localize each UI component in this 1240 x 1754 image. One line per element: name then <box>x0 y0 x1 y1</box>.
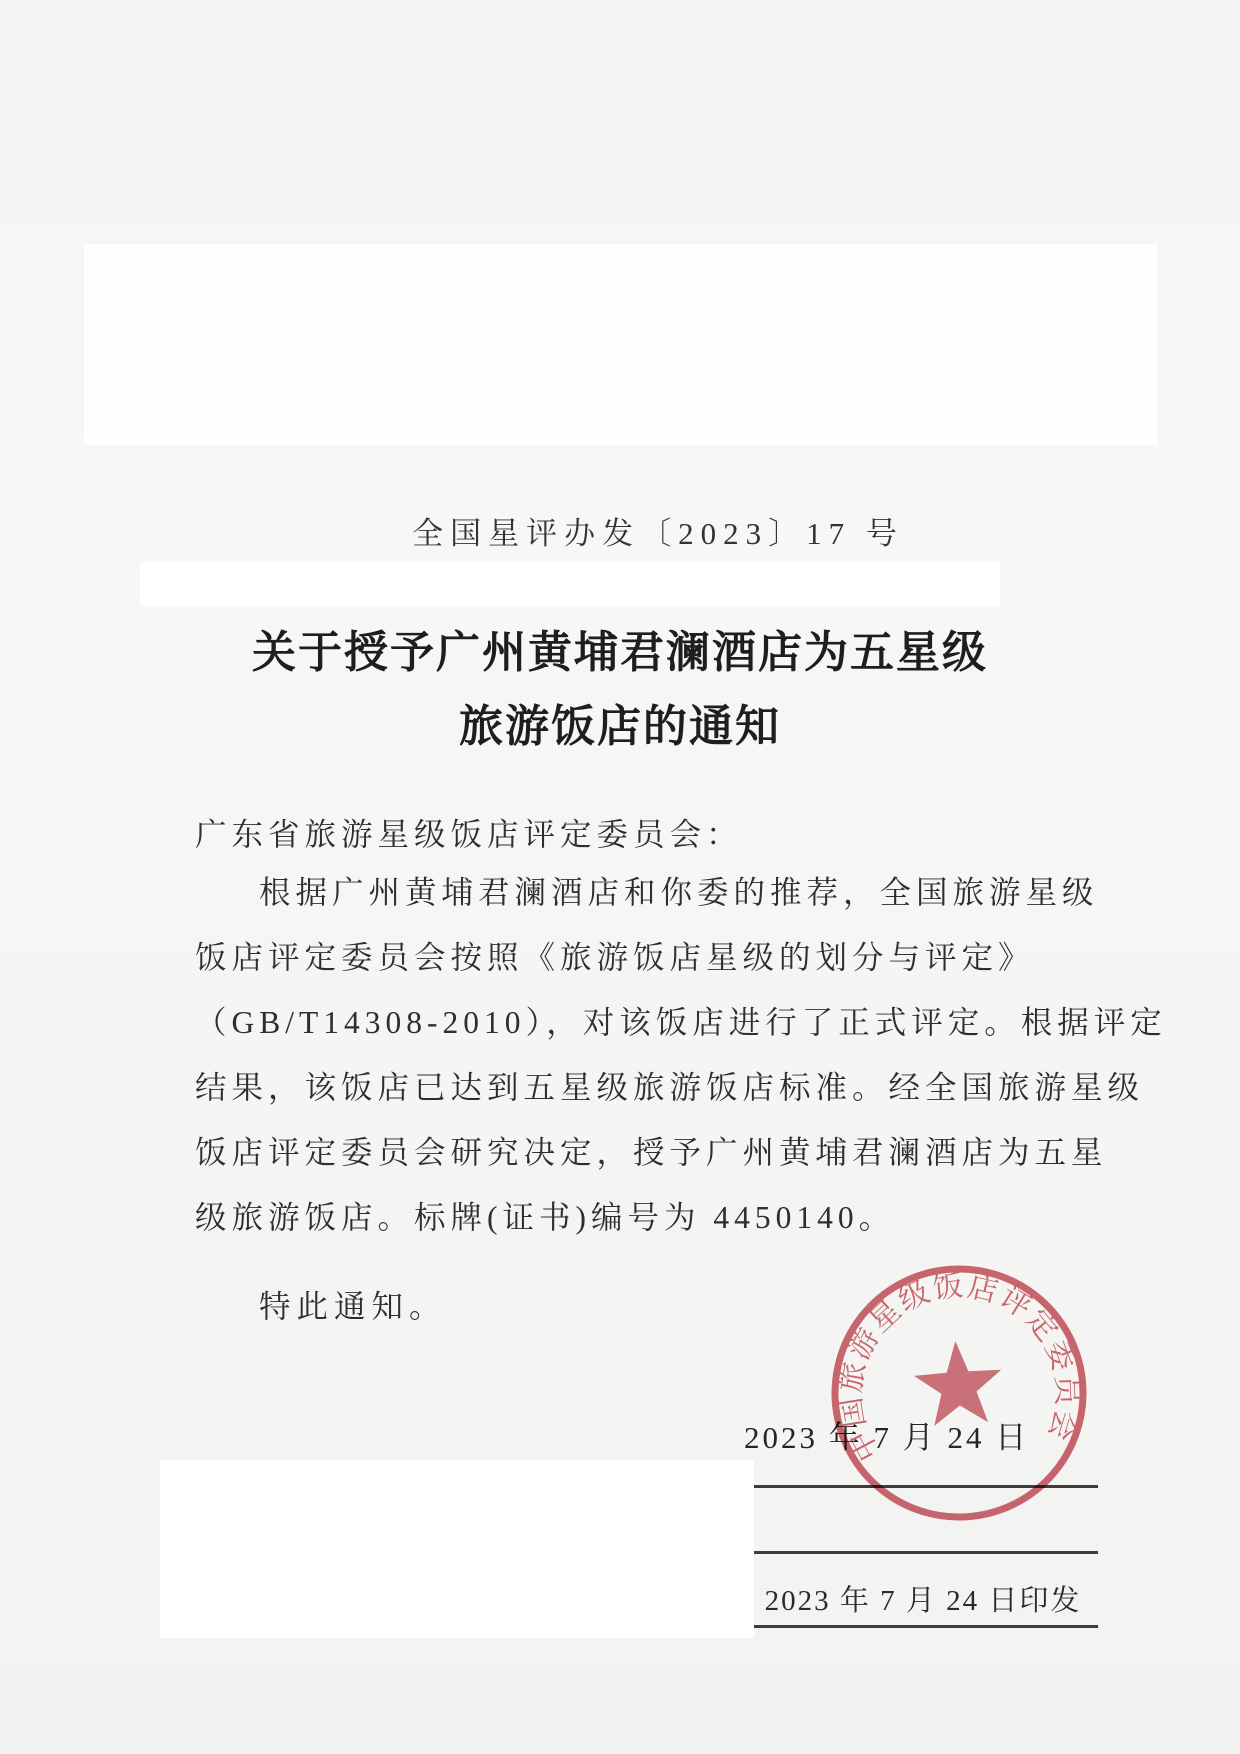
body-line: 饭店评定委员会按照《旅游饭店星级的划分与评定》 <box>195 925 1067 990</box>
star-icon <box>912 1338 1005 1427</box>
official-seal-stamp: 中国旅游星级饭店评定委员会 <box>819 1253 1099 1533</box>
body-line: 饭店评定委员会研究决定，授予广州黄埔君澜酒店为五星 <box>195 1120 1067 1185</box>
print-date: 2023 年 7 月 24 日印发 <box>748 1578 1098 1619</box>
closing-line: 特此通知。 <box>259 1282 447 1327</box>
record-block-divider-bottom <box>748 1625 1098 1628</box>
body-line: 结果，该饭店已达到五星级旅游饭店标准。经全国旅游星级 <box>195 1055 1067 1120</box>
redacted-letterhead-box <box>84 244 1158 445</box>
body-line: 级旅游饭店。标牌(证书)编号为 4450140。 <box>195 1185 1067 1250</box>
body-line: （GB/T14308-2010），对该饭店进行了正式评定。根据评定 <box>195 990 1067 1055</box>
body-lines: 根据广州黄埔君澜酒店和你委的推荐，全国旅游星级饭店评定委员会按照《旅游饭店星级的… <box>195 860 1067 1250</box>
document-title: 关于授予广州黄埔君澜酒店为五星级 旅游饭店的通知 <box>0 616 1240 764</box>
record-block-divider-middle <box>748 1551 1098 1554</box>
redacted-distribution-box <box>160 1460 754 1638</box>
document-title-line1: 关于授予广州黄埔君澜酒店为五星级 <box>0 616 1240 690</box>
addressee-line: 广东省旅游星级饭店评定委员会： <box>195 810 743 855</box>
body-line: 根据广州黄埔君澜酒店和你委的推荐，全国旅游星级 <box>195 860 1067 925</box>
scanned-document-page: 全国星评办发〔2023〕17 号 关于授予广州黄埔君澜酒店为五星级 旅游饭店的通… <box>0 0 1240 1754</box>
document-title-line2: 旅游饭店的通知 <box>0 690 1240 764</box>
redacted-subhead-box <box>140 562 1000 606</box>
document-number: 全国星评办发〔2023〕17 号 <box>38 508 1240 553</box>
